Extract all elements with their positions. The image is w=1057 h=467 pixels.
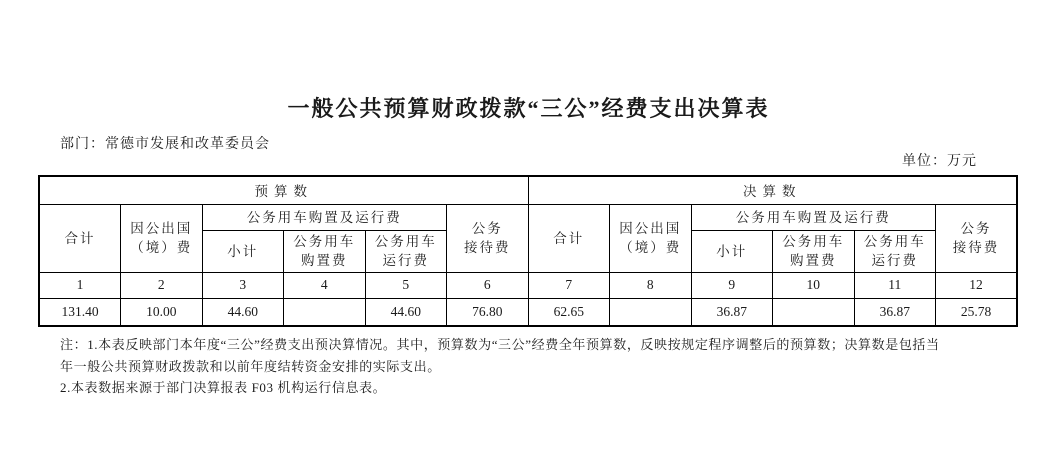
- value-col-1: 131.40: [39, 298, 121, 326]
- group-header-row: 预算数 决算数: [39, 176, 1017, 204]
- value-col-9: 36.87: [691, 298, 773, 326]
- col-num-5: 5: [365, 272, 447, 298]
- value-col-5: 44.60: [365, 298, 447, 326]
- column-number-row: 1 2 3 4 5 6 7 8 9 10 11 12: [39, 272, 1017, 298]
- col-num-7: 7: [528, 272, 610, 298]
- value-col-10: [773, 298, 855, 326]
- final-vehicle-operation-header: 公务用车 运行费: [854, 230, 936, 272]
- col-num-10: 10: [773, 272, 855, 298]
- col-num-8: 8: [610, 272, 692, 298]
- col-num-11: 11: [854, 272, 936, 298]
- table-notes: 注：1.本表反映部门本年度“三公”经费支出预决算情况。其中，预算数为“三公”经费…: [60, 334, 1057, 399]
- col-num-12: 12: [936, 272, 1018, 298]
- final-subtotal-header: 小计: [691, 230, 773, 272]
- col-num-2: 2: [121, 272, 203, 298]
- final-abroad-header: 因公出国 （境）费: [610, 204, 692, 272]
- value-col-7: 62.65: [528, 298, 610, 326]
- budget-vehicle-purchase-header: 公务用车 购置费: [284, 230, 366, 272]
- budget-abroad-header: 因公出国 （境）费: [121, 204, 203, 272]
- note-line-1: 注：1.本表反映部门本年度“三公”经费支出预决算情况。其中，预算数为“三公”经费…: [60, 334, 1057, 356]
- final-vehicle-group-header: 公务用车购置及运行费: [691, 204, 936, 230]
- budget-subtotal-header: 小计: [202, 230, 284, 272]
- budget-group-header: 预算数: [39, 176, 528, 204]
- budget-vehicle-group-header: 公务用车购置及运行费: [202, 204, 447, 230]
- three-public-expenses-table: 预算数 决算数 合计 因公出国 （境）费 公务用车购置及运行费 公务 接待费 合…: [38, 175, 1018, 327]
- col-num-3: 3: [202, 272, 284, 298]
- budget-reception-header: 公务 接待费: [447, 204, 529, 272]
- col-num-6: 6: [447, 272, 529, 298]
- final-reception-header: 公务 接待费: [936, 204, 1018, 272]
- budget-vehicle-operation-header: 公务用车 运行费: [365, 230, 447, 272]
- unit-label: 单位：万元: [0, 154, 1057, 170]
- note-line-3: 2.本表数据来源于部门决算报表 F03 机构运行信息表。: [60, 377, 1057, 399]
- final-group-header: 决算数: [528, 176, 1017, 204]
- value-col-4: [284, 298, 366, 326]
- data-row: 131.40 10.00 44.60 44.60 76.80 62.65 36.…: [39, 298, 1017, 326]
- value-col-8: [610, 298, 692, 326]
- department-label: 部门：常德市发展和改革委员会: [60, 136, 1057, 154]
- value-col-6: 76.80: [447, 298, 529, 326]
- budget-total-header: 合计: [39, 204, 121, 272]
- note-line-2: 年一般公共预算财政拨款和以前年度结转资金安排的实际支出。: [60, 356, 1057, 378]
- value-col-11: 36.87: [854, 298, 936, 326]
- page-title: 一般公共预算财政拨款“三公”经费支出决算表: [0, 0, 1057, 124]
- value-col-3: 44.60: [202, 298, 284, 326]
- col-num-1: 1: [39, 272, 121, 298]
- value-col-12: 25.78: [936, 298, 1018, 326]
- final-total-header: 合计: [528, 204, 610, 272]
- col-num-4: 4: [284, 272, 366, 298]
- final-vehicle-purchase-header: 公务用车 购置费: [773, 230, 855, 272]
- value-col-2: 10.00: [121, 298, 203, 326]
- column-header-row-top: 合计 因公出国 （境）费 公务用车购置及运行费 公务 接待费 合计 因公出国 （…: [39, 204, 1017, 230]
- col-num-9: 9: [691, 272, 773, 298]
